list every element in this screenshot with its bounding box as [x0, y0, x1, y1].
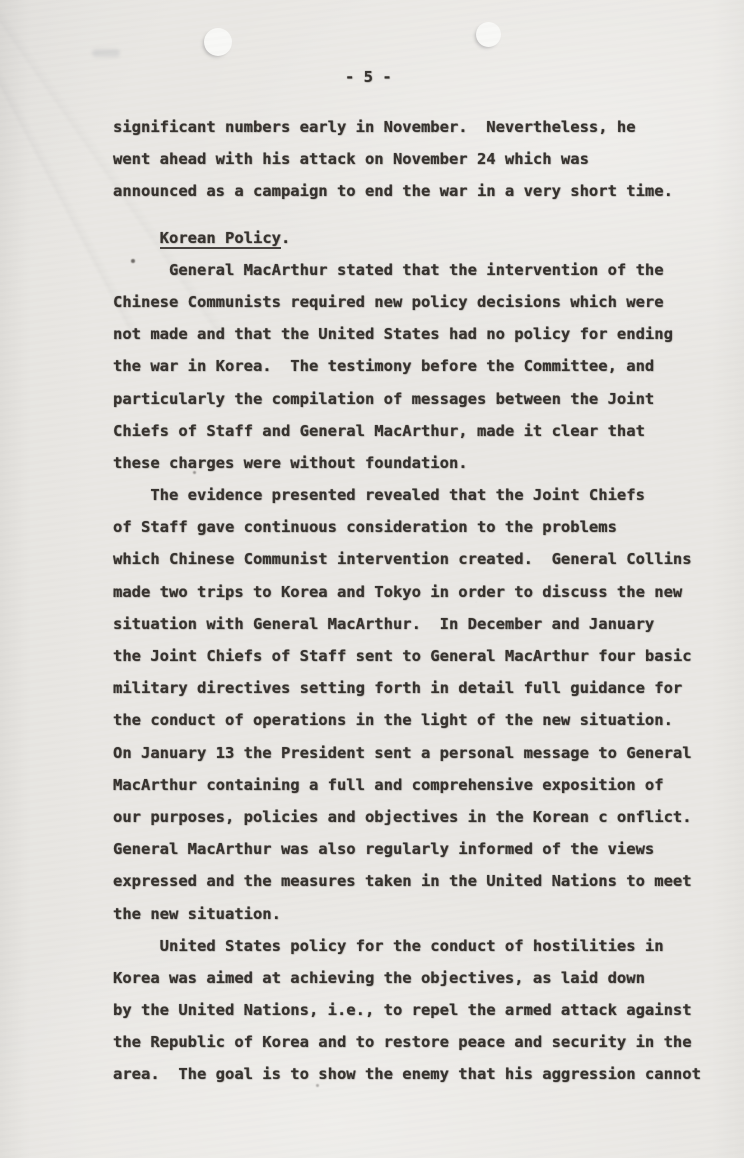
punch-hole-right: [476, 22, 501, 47]
text-line: the conduct of operations in the light o…: [113, 704, 713, 736]
text-line: went ahead with his attack on November 2…: [113, 143, 713, 175]
document-page: - 5 - significant numbers early in Novem…: [0, 0, 744, 1158]
text-line: expressed and the measures taken in the …: [113, 865, 713, 897]
text-line: the new situation.: [113, 898, 713, 930]
text-line: particularly the compilation of messages…: [113, 383, 713, 415]
text-line: The evidence presented revealed that the…: [113, 479, 713, 511]
text-line: which Chinese Communist intervention cre…: [113, 543, 713, 575]
text-line: Chinese Communists required new policy d…: [113, 286, 713, 318]
text-line: Chiefs of Staff and General MacArthur, m…: [113, 415, 713, 447]
paragraph-top: significant numbers early in November. N…: [113, 111, 713, 208]
text-line: the Joint Chiefs of Staff sent to Genera…: [113, 640, 713, 672]
text-line: United States policy for the conduct of …: [113, 930, 713, 962]
text-line: by the United Nations, i.e., to repel th…: [113, 994, 713, 1026]
text-line: the war in Korea. The testimony before t…: [113, 350, 713, 382]
text-line: military directives setting forth in det…: [113, 672, 713, 704]
document-body: significant numbers early in November. N…: [113, 111, 713, 1091]
heading-indent: [113, 229, 160, 247]
smudge-mark: [92, 49, 120, 57]
text-line: area. The goal is to show the enemy that…: [113, 1058, 713, 1090]
page-number: - 5 -: [345, 69, 392, 85]
text-line: Korea was aimed at achieving the objecti…: [113, 962, 713, 994]
punch-hole-left: [204, 28, 232, 56]
text-line: significant numbers early in November. N…: [113, 111, 713, 143]
text-line: announced as a campaign to end the war i…: [113, 175, 713, 207]
paragraphs-main: General MacArthur stated that the interv…: [113, 254, 713, 1091]
text-line: our purposes, policies and objectives in…: [113, 801, 713, 833]
section-heading: Korean Policy.: [113, 222, 713, 254]
text-line: On January 13 the President sent a perso…: [113, 737, 713, 769]
text-line: the Republic of Korea and to restore pea…: [113, 1026, 713, 1058]
text-line: MacArthur containing a full and comprehe…: [113, 769, 713, 801]
text-line: of Staff gave continuous consideration t…: [113, 511, 713, 543]
text-line: situation with General MacArthur. In Dec…: [113, 608, 713, 640]
text-line: made two trips to Korea and Tokyo in ord…: [113, 576, 713, 608]
heading-text: Korean Policy: [160, 229, 281, 249]
text-line: not made and that the United States had …: [113, 318, 713, 350]
text-line: General MacArthur stated that the interv…: [113, 254, 713, 286]
text-line: General MacArthur was also regularly inf…: [113, 833, 713, 865]
heading-period: .: [281, 229, 290, 247]
text-line: these charges were without foundation.: [113, 447, 713, 479]
